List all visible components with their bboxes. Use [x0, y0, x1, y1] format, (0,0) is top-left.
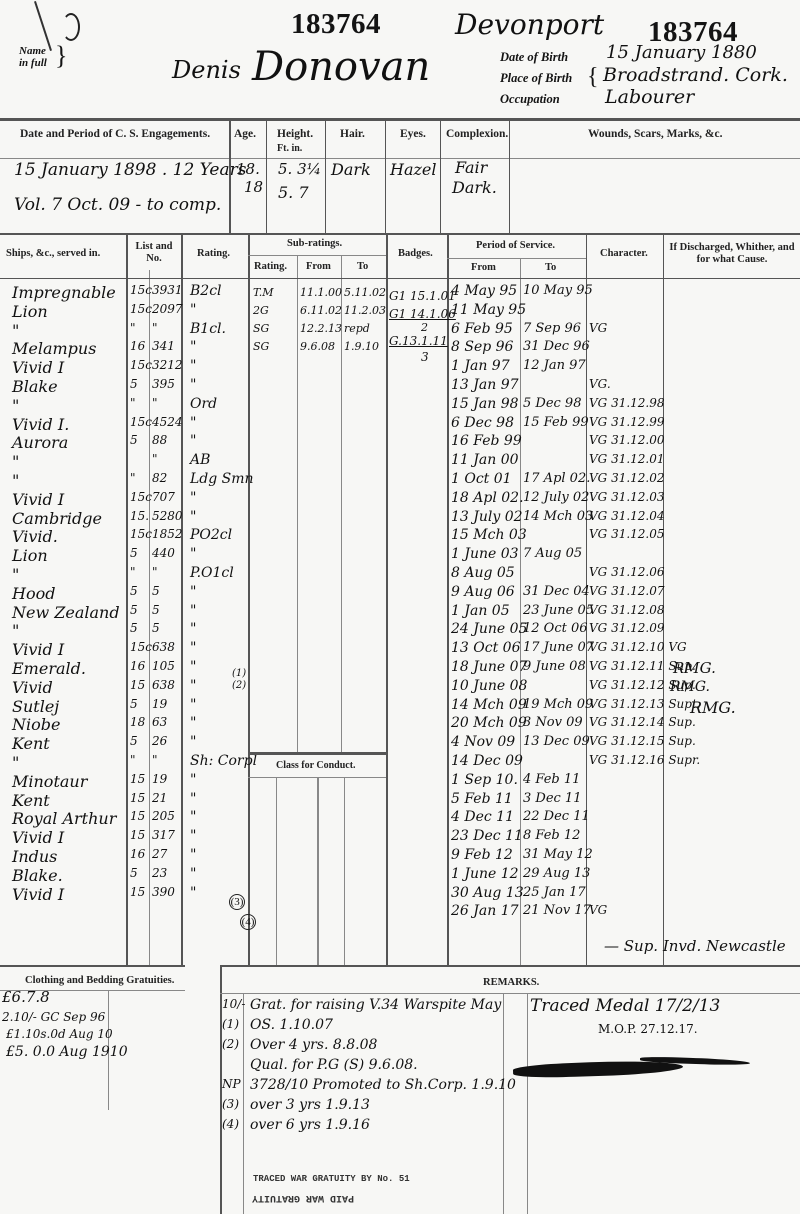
character: VG 31.12.10 VG	[589, 640, 687, 654]
rating: "	[190, 847, 196, 863]
character: VG 31.12.01	[589, 452, 665, 466]
sub-rating-col-header: Rating.	[254, 261, 287, 272]
complexion-2: Dark.	[452, 178, 497, 197]
period-from: 4 May 95	[451, 283, 517, 299]
list-number: 5	[130, 546, 138, 560]
list-number: "	[130, 321, 136, 335]
rule	[344, 778, 345, 965]
rating: "	[190, 791, 196, 807]
list-number: "	[130, 565, 136, 579]
ship-name: "	[12, 753, 19, 772]
rule	[0, 233, 800, 235]
rule	[0, 965, 185, 967]
character: VG 31.12.13 Supt.	[589, 697, 701, 711]
list-entry-no: 341	[152, 339, 175, 353]
list-entry-no: 1852	[152, 527, 183, 541]
rule	[248, 233, 250, 965]
rule	[386, 233, 388, 965]
period-from: 1 Jan 05	[451, 603, 510, 619]
list-entry-no: "	[152, 452, 158, 466]
period-to: 10 May 95	[523, 283, 593, 298]
ship-name: Blake.	[12, 866, 63, 885]
ship-name: "	[12, 452, 19, 471]
list-entry-no: 5280	[152, 509, 183, 523]
ship-name: Vivid I	[12, 885, 64, 904]
list-number: 15	[130, 678, 145, 692]
list-entry-no: 2097	[152, 302, 183, 316]
list-number: 18	[130, 715, 145, 729]
rating: "	[190, 659, 196, 675]
remark-mark: (3)	[222, 1097, 239, 1111]
period-from: 13 Oct 06	[451, 640, 520, 656]
list-number: 5	[130, 584, 138, 598]
complexion-header: Complexion.	[446, 128, 508, 140]
rating: AB	[190, 452, 210, 468]
period-from: 18 Apl 02.	[451, 490, 524, 506]
gratuity-2: 2.10/- GC Sep 96	[2, 1010, 105, 1024]
list-number: 16	[130, 659, 145, 673]
mop-remark: M.O.P. 27.12.17.	[598, 1022, 698, 1036]
gratuity-1: £6.7.8	[2, 988, 50, 1006]
period-to: 25 Jan 17	[523, 885, 586, 900]
list-entry-no: "	[152, 565, 158, 579]
period-from: 1 Sep 10.	[451, 772, 518, 788]
ship-name: Emerald.	[12, 659, 86, 678]
period-from: 18 June 07	[451, 659, 527, 675]
ship-name: "	[12, 321, 19, 340]
list-entry-no: 26	[152, 734, 167, 748]
period-from: 11 Jan 00	[451, 452, 519, 468]
ship-name: Lion	[12, 302, 48, 321]
ship-name: Kent	[12, 791, 50, 810]
period-from: 6 Feb 95	[451, 321, 513, 337]
character: VG 31.12.07	[589, 584, 665, 598]
ship-name: "	[12, 396, 19, 415]
age-header: Age.	[234, 128, 256, 140]
list-number: 15	[130, 791, 145, 805]
period-from: 20 Mch 09	[451, 715, 527, 731]
rating: P.O1cl	[190, 565, 234, 581]
ship-name: Lion	[12, 546, 48, 565]
period-to: 4 Feb 11	[523, 772, 580, 787]
ship-name: "	[12, 621, 19, 640]
period-from: 23 Dec 11	[451, 828, 523, 844]
character: VG 31.12.99	[589, 415, 665, 429]
hair-1: Dark	[331, 160, 371, 179]
rule	[663, 233, 664, 965]
list-entry-no: 440	[152, 546, 175, 560]
list-entry-no: 3931	[152, 283, 183, 297]
place-of-birth-label: Place of Birth	[500, 71, 572, 86]
discharge-entry-2: RMG.	[670, 679, 710, 695]
period-to-header: To	[545, 262, 556, 273]
height-1: 5. 3¼	[278, 160, 321, 178]
hair-header: Hair.	[340, 128, 365, 140]
rating: "	[190, 490, 196, 506]
list-number: 15c	[130, 415, 152, 429]
remarks-title: REMARKS.	[483, 977, 539, 988]
circle-mark	[62, 13, 80, 41]
complexion-1: Fair	[455, 158, 487, 177]
list-entry-no: 19	[152, 772, 167, 786]
rule	[520, 258, 521, 965]
rule	[126, 233, 128, 965]
period-to: 5 Dec 98	[523, 396, 581, 411]
annotation-2: (2)	[232, 680, 246, 691]
date-of-birth-label: Date of Birth	[500, 50, 568, 65]
list-number: 5	[130, 734, 138, 748]
list-entry-no: "	[152, 321, 158, 335]
character: VG	[589, 321, 607, 335]
occupation: Labourer	[605, 86, 694, 108]
rating: B1cl.	[190, 321, 226, 337]
badge-1: G1 15.1.01	[389, 289, 456, 303]
remark-mark: 10/-	[222, 997, 245, 1011]
period-to: 14 Mch 03	[523, 509, 593, 524]
period-from: 8 Aug 05	[451, 565, 515, 581]
sub-rating: T.M	[253, 286, 273, 299]
period-to: 3 Dec 11	[523, 791, 581, 806]
list-entry-no: 5	[152, 584, 160, 598]
period-to: 17 June 07	[523, 640, 594, 655]
rating: "	[190, 339, 196, 355]
character: VG 31.12.09	[589, 621, 665, 635]
ship-name: "	[12, 565, 19, 584]
period-from: 11 May 95	[451, 302, 526, 318]
sub-rating: SG	[253, 322, 269, 335]
character: VG 31.12.04	[589, 509, 665, 523]
list-number: 16	[130, 847, 145, 861]
period-to: 9 June 08	[523, 659, 586, 674]
rule	[266, 118, 267, 234]
sub-rating-to: 11.2.03	[344, 304, 386, 317]
period-to: 7 Sep 96	[523, 321, 581, 336]
sub-rating-from: 12.2.13	[300, 322, 342, 335]
period-to: 12 July 02	[523, 490, 589, 505]
ship-name: Kent	[12, 734, 50, 753]
character: VG 31.12.16 Supr.	[589, 753, 700, 767]
ship-name: New Zealand	[12, 603, 120, 622]
rating: PO2cl	[190, 527, 232, 543]
period-to: 13 Dec 09	[523, 734, 590, 749]
period-to: 31 Dec 96	[523, 339, 590, 354]
rating: Ord	[190, 396, 217, 412]
rule	[385, 118, 386, 234]
ship-name: Hood	[12, 584, 55, 603]
period-from: 4 Dec 11	[451, 809, 514, 825]
rating: "	[190, 433, 196, 449]
ship-name: Vivid I	[12, 358, 64, 377]
wounds-header: Wounds, Scars, Marks, &c.	[588, 128, 723, 140]
rating: Ldg Smn	[190, 471, 254, 487]
list-number: 15c	[130, 640, 152, 654]
period-from-header: From	[471, 262, 496, 273]
engagements-header: Date and Period of C. S. Engagements.	[20, 128, 210, 140]
period-to: 29 Aug 13	[523, 866, 590, 881]
period-from: 9 Feb 12	[451, 847, 513, 863]
sub-rating-from: 9.6.08	[300, 340, 335, 353]
period-to: 15 Feb 99	[523, 415, 589, 430]
rating: "	[190, 358, 196, 374]
sub-rating-to: 1.9.10	[344, 340, 379, 353]
list-entry-no: 3212	[152, 358, 183, 372]
period-from: 1 Oct 01	[451, 471, 512, 487]
list-entry-no: 707	[152, 490, 175, 504]
period-from: 10 June 08	[451, 678, 527, 694]
character: VG 31.12.06	[589, 565, 665, 579]
rule	[243, 993, 244, 1214]
official-number-left: 183764	[291, 8, 381, 41]
list-number: 5	[130, 621, 138, 635]
date-of-birth: 15 January 1880	[606, 42, 757, 63]
ships-header: Ships, &c., served in.	[6, 248, 100, 259]
rating: "	[190, 715, 196, 731]
period-to: 23 June 05	[523, 603, 594, 618]
period-from: 30 Aug 13	[451, 885, 524, 901]
pencil-line-decoration	[34, 1, 52, 51]
place-bracket: {	[587, 64, 599, 91]
rule	[181, 233, 183, 965]
period-to: 21 Nov 17	[523, 903, 591, 918]
rating: "	[190, 377, 196, 393]
rule	[317, 778, 319, 965]
rating: "	[190, 885, 196, 901]
list-number: 15	[130, 885, 145, 899]
period-to: 31 Dec 04	[523, 584, 590, 599]
rating: "	[190, 697, 196, 713]
character-header: Character.	[600, 248, 648, 259]
period-to: 8 Feb 12	[523, 828, 580, 843]
character: VG	[589, 903, 607, 917]
discharge-entry-1: RMG.	[673, 659, 716, 677]
record-header: 10 Name in full } 183764 Denis Donovan D…	[0, 0, 800, 118]
eyes-1: Hazel	[390, 160, 437, 179]
list-number: 15	[130, 772, 145, 786]
badge-3-numerator: 2	[421, 321, 428, 334]
period-from: 15 Jan 98	[451, 396, 519, 412]
rating: B2cl	[190, 283, 222, 299]
age-1: 18.	[236, 160, 260, 178]
rating: "	[190, 866, 196, 882]
list-entry-no: 317	[152, 828, 175, 842]
discharge-entry-3: RMG.	[690, 698, 736, 717]
gratuities-title: Clothing and Bedding Gratuities.	[25, 975, 174, 986]
character: VG 31.12.00	[589, 433, 665, 447]
list-number: 15.	[130, 509, 149, 523]
ship-name: Indus	[12, 847, 57, 866]
rule	[220, 993, 800, 994]
list-entry-no: 638	[152, 640, 175, 654]
height-header: Height.	[277, 128, 313, 140]
remark-mark: (4)	[222, 1117, 239, 1131]
rule	[447, 258, 586, 259]
list-number: 15c	[130, 283, 152, 297]
period-from: 14 Mch 09	[451, 697, 527, 713]
badge-3-denominator: 3	[421, 350, 429, 364]
rating: "	[190, 546, 196, 562]
remark-text: over 3 yrs 1.9.13	[250, 1097, 370, 1113]
list-entry-no: 5	[152, 603, 160, 617]
rule	[248, 752, 386, 755]
badge-2: G1 14.1.06	[389, 307, 456, 321]
rule	[149, 270, 150, 965]
period-from: 1 June 03	[451, 546, 519, 562]
period-to: 17 Apl 02.	[523, 471, 590, 486]
period-header: Period of Service.	[476, 240, 555, 251]
list-entry-no: 205	[152, 809, 175, 823]
period-from: 13 July 02	[451, 509, 523, 525]
rating: Sh: Corpl	[190, 753, 257, 769]
character: VG 31.12.03	[589, 490, 665, 504]
list-entry-no: 5	[152, 621, 160, 635]
annotation-3: (3)	[229, 892, 245, 910]
eyes-header: Eyes.	[400, 128, 426, 140]
sub-rating-from: 11.1.00	[300, 286, 342, 299]
character: VG 31.12.05	[589, 527, 665, 541]
rule	[440, 118, 441, 234]
ship-name: Melampus	[12, 339, 96, 358]
character: VG 31.12.15 Sup.	[589, 734, 696, 748]
ship-name: Blake	[12, 377, 58, 396]
first-name: Denis	[172, 56, 241, 84]
remark-text: Grat. for raising V.34 Warspite May	[250, 997, 501, 1013]
rating: "	[190, 415, 196, 431]
sub-ratings-header: Sub-ratings.	[287, 238, 342, 249]
period-from: 26 Jan 17	[451, 903, 519, 919]
remark-mark: (2)	[222, 1037, 239, 1051]
sub-rating-to: 5.11.02	[344, 286, 386, 299]
rating: "	[190, 828, 196, 844]
name-bracket: }	[55, 44, 67, 68]
ship-name: Vivid I	[12, 640, 64, 659]
period-to: 31 May 12	[523, 847, 593, 862]
period-to: 19 Mch 09	[523, 697, 593, 712]
sub-to-header: To	[357, 261, 368, 272]
paid-war-gratuity-stamp: PAID WAR GRATUITY	[252, 1192, 354, 1203]
remark-text: OS. 1.10.07	[250, 1017, 333, 1033]
rule	[325, 118, 326, 234]
list-entry-no: 19	[152, 697, 167, 711]
sub-rating: SG	[253, 340, 269, 353]
remark-text: over 6 yrs 1.9.16	[250, 1117, 370, 1133]
list-entry-no: 88	[152, 433, 167, 447]
rating: "	[190, 772, 196, 788]
rule	[276, 778, 277, 965]
ship-name: Vivid	[12, 678, 53, 697]
character: VG 31.12.08	[589, 603, 665, 617]
list-entry-no: 105	[152, 659, 175, 673]
sub-rating: 2G	[253, 304, 269, 317]
period-to: 12 Oct 06	[523, 621, 588, 636]
period-to: 3 Nov 09	[523, 715, 583, 730]
period-from: 6 Dec 98	[451, 415, 514, 431]
period-to: 7 Aug 05	[523, 546, 582, 561]
list-number: 15c	[130, 490, 152, 504]
rule	[527, 993, 528, 1214]
sub-from-header: From	[306, 261, 331, 272]
ship-name: "	[12, 471, 19, 490]
class-for-conduct-label: Class for Conduct.	[276, 760, 356, 771]
place-of-birth: Broadstrand. Cork.	[603, 64, 788, 86]
list-number: 5	[130, 433, 138, 447]
rating: "	[190, 678, 196, 694]
rating: "	[190, 584, 196, 600]
rating: "	[190, 302, 196, 318]
period-from: 4 Nov 09	[451, 734, 515, 750]
list-no-header: List and No.	[128, 241, 180, 265]
list-number: "	[130, 396, 136, 410]
list-number: 16	[130, 339, 145, 353]
period-from: 15 Mch 03	[451, 527, 527, 543]
list-entry-no: 23	[152, 866, 167, 880]
list-number: "	[130, 753, 136, 767]
engagement-2: Vol. 7 Oct. 09 - to comp.	[14, 195, 221, 215]
remark-text: 3728/10 Promoted to Sh.Corp. 1.9.10	[250, 1077, 516, 1093]
rating: "	[190, 734, 196, 750]
rule	[248, 255, 386, 256]
ship-name: Cambridge	[12, 509, 102, 528]
period-to: 22 Dec 11	[523, 809, 590, 824]
badges-header: Badges.	[398, 248, 433, 259]
rule	[0, 118, 800, 121]
list-entry-no: "	[152, 753, 158, 767]
list-number: 15c	[130, 358, 152, 372]
gratuity-3: £1.10s.0d Aug 10	[6, 1027, 113, 1041]
sub-rating-from: 6.11.02	[300, 304, 342, 317]
annotation-4: (4)	[240, 912, 256, 930]
age-2: 18	[244, 178, 263, 196]
list-entry-no: 21	[152, 791, 167, 805]
period-to: 12 Jan 97	[523, 358, 586, 373]
engagement-1: 15 January 1898 . 12 Years	[14, 160, 246, 180]
remark-text: Qual. for P.G (S) 9.6.08.	[250, 1057, 418, 1073]
traced-war-gratuity-stamp: TRACED WAR GRATUITY BY No. 51	[253, 1174, 410, 1184]
period-from: 1 Jan 97	[451, 358, 510, 374]
rule	[220, 965, 800, 967]
list-number: "	[130, 471, 136, 485]
character: VG 31.12.14 Sup.	[589, 715, 696, 729]
ship-name: Impregnable	[12, 283, 116, 302]
list-number: 5	[130, 866, 138, 880]
gratuity-4: £5. 0.0 Aug 1910	[6, 1044, 128, 1060]
period-from: 16 Feb 99	[451, 433, 522, 449]
rating: "	[190, 509, 196, 525]
period-from: 1 June 12	[451, 866, 519, 882]
list-entry-no: 395	[152, 377, 175, 391]
ship-name: Niobe	[12, 715, 60, 734]
list-number: 15	[130, 828, 145, 842]
list-entry-no: 27	[152, 847, 167, 861]
character: VG 31.12.02	[589, 471, 665, 485]
rating: "	[190, 640, 196, 656]
remark-mark: NP	[222, 1077, 241, 1091]
list-entry-no: 638	[152, 678, 175, 692]
rating-header: Rating.	[197, 248, 230, 259]
surname: Donovan	[252, 44, 430, 90]
port-division: Devonport	[455, 8, 604, 41]
name-in-full-label: Name in full	[19, 45, 57, 69]
rule	[503, 993, 504, 1214]
list-entry-no: 390	[152, 885, 175, 899]
list-entry-no: "	[152, 396, 158, 410]
rule	[509, 118, 510, 234]
ship-name: Royal Arthur	[12, 809, 116, 828]
rule	[0, 278, 800, 279]
rule	[0, 158, 800, 159]
discharged-header: If Discharged, Whither, and for what Cau…	[665, 242, 799, 266]
remark-mark: (1)	[222, 1017, 239, 1031]
ship-name: Minotaur	[12, 772, 87, 791]
